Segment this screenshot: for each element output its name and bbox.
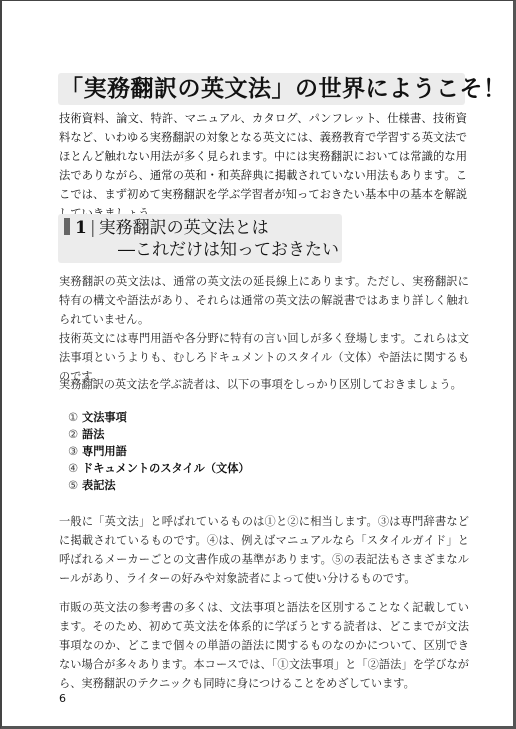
list-item-number: ⑤ [68, 479, 78, 492]
section-title: 実務翻訳の英文法とは [99, 218, 269, 238]
list-item-text: 表記法 [82, 479, 116, 492]
section-heading: 1|実務翻訳の英文法とは ―これだけは知っておきたい [58, 214, 342, 263]
body-paragraph-3: 実務翻訳の英文法を学ぶ読者は、以下の事項をしっかり区別しておきましょう。 [59, 375, 469, 394]
section-separator: | [90, 218, 96, 238]
intro-paragraph: 技術資料、論文、特許、マニュアル、カタログ、パンフレット、仕様書、技術資料など、… [59, 109, 467, 223]
section-marker-icon [64, 218, 70, 235]
body-paragraph-5: 市販の英文法の参考書の多くは、文法事項と語法を区別することなく記載しています。そ… [59, 598, 469, 693]
list-item: ②語法 [68, 426, 250, 443]
list-item: ③専門用語 [68, 443, 250, 460]
list-item-number: ② [68, 428, 78, 441]
document-page: 「実務翻訳の英文法」の世界にようこそ！ 技術資料、論文、特許、マニュアル、カタロ… [0, 0, 516, 729]
page-number: 6 [59, 692, 66, 705]
page-title: 「実務翻訳の英文法」の世界にようこそ！ [58, 73, 465, 105]
list-item-number: ① [68, 411, 78, 424]
section-subtitle: ―これだけは知っておきたい [118, 239, 339, 261]
list-item-number: ④ [68, 462, 78, 475]
section-heading-line1: 1|実務翻訳の英文法とは [64, 217, 269, 239]
item-list: ①文法事項 ②語法 ③専門用語 ④ドキュメントのスタイル（文体） ⑤表記法 [68, 409, 250, 494]
list-item-number: ③ [68, 445, 78, 458]
body-paragraph-1: 実務翻訳の英文法は、通常の英文法の延長線上にあります。ただし、実務翻訳に特有の構… [59, 272, 469, 329]
list-item: ⑤表記法 [68, 477, 250, 494]
list-item-text: 語法 [82, 428, 104, 441]
page-title-text: 「実務翻訳の英文法」の世界にようこそ！ [60, 75, 507, 102]
list-item-text: 文法事項 [82, 411, 127, 424]
list-item-text: 専門用語 [82, 445, 127, 458]
list-item-text: ドキュメントのスタイル（文体） [82, 462, 250, 475]
section-number: 1 [75, 218, 87, 238]
body-paragraph-4: 一般に「英文法」と呼ばれているものは①と②に相当します。③は専門辞書などに掲載さ… [59, 512, 469, 588]
list-item: ①文法事項 [68, 409, 250, 426]
list-item: ④ドキュメントのスタイル（文体） [68, 460, 250, 477]
